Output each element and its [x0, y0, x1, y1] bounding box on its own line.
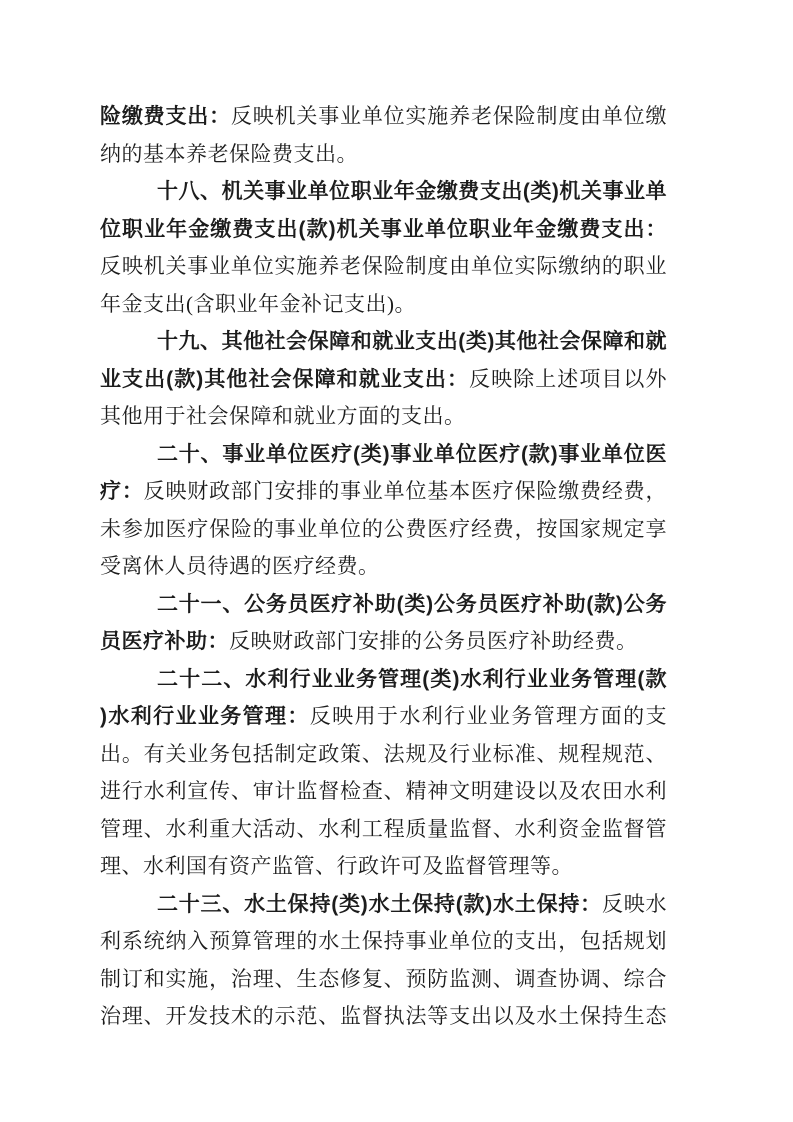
- text-line: 受离休人员待遇的医疗经费。: [100, 548, 667, 586]
- text-line: 十九、其他社会保障和就业支出(类)其他社会保障和就: [100, 323, 667, 361]
- text-line: 管理、水利重大活动、水利工程质量监督、水利资金监督管: [100, 811, 667, 849]
- heading-bold-text: 十九、其他社会保障和就业支出(类)其他社会保障和就: [157, 330, 667, 353]
- body-text: 未参加医疗保险的事业单位的公费医疗经费，按国家规定享: [100, 517, 667, 541]
- document-text: 险缴费支出：反映机关事业单位实施养老保险制度由单位缴 纳的基本养老保险费支出。 …: [100, 98, 667, 1036]
- body-text: 反映机关事业单位实施养老保险制度由单位实际缴纳的职业: [100, 254, 667, 278]
- text-line: 十八、机关事业单位职业年金缴费支出(类)机关事业单: [100, 173, 667, 211]
- heading-bold-text: 二十二、水利行业业务管理(类)水利行业业务管理(款: [157, 668, 667, 691]
- heading-bold-text: 险缴费支出：: [100, 105, 231, 128]
- heading-bold-text: 二十、事业单位医疗(类)事业单位医疗(款)事业单位医: [157, 443, 667, 466]
- heading-bold-text: 业支出(款)其他社会保障和就业支出：: [100, 368, 469, 391]
- text-line: 制订和实施，治理、生态修复、预防监测、调查协调、综合: [100, 961, 667, 999]
- body-text: 受离休人员待遇的医疗经费。: [100, 554, 380, 578]
- text-line: 治理、开发技术的示范、监督执法等支出以及水土保持生态: [100, 998, 667, 1036]
- text-line: 业支出(款)其他社会保障和就业支出：反映除上述项目以外: [100, 361, 667, 399]
- body-text: 反映除上述项目以外: [469, 367, 667, 391]
- body-text: 理、水利国有资产监管、行政许可及监督管理等。: [100, 854, 573, 878]
- text-line: 纳的基本养老保险费支出。: [100, 136, 667, 174]
- body-text: 其他用于社会保障和就业方面的支出。: [100, 404, 466, 428]
- text-line: 位职业年金缴费支出(款)机关事业单位职业年金缴费支出：: [100, 211, 667, 249]
- heading-bold-text: 二十三、水土保持(类)水土保持(款)水土保持：: [157, 893, 602, 916]
- text-line: 二十二、水利行业业务管理(类)水利行业业务管理(款: [100, 661, 667, 699]
- body-text: 年金支出(含职业年金补记支出)。: [100, 292, 416, 316]
- text-line: 理、水利国有资产监管、行政许可及监督管理等。: [100, 848, 667, 886]
- text-line: 员医疗补助：反映财政部门安排的公务员医疗补助经费。: [100, 623, 667, 661]
- text-line: 二十三、水土保持(类)水土保持(款)水土保持：反映水: [100, 886, 667, 924]
- heading-bold-text: 员医疗补助：: [100, 630, 229, 653]
- text-line: 二十一、公务员医疗补助(类)公务员医疗补助(款)公务: [100, 586, 667, 624]
- heading-bold-text: 位职业年金缴费支出(款)机关事业单位职业年金缴费支出：: [100, 218, 667, 241]
- body-text: 治理、开发技术的示范、监督执法等支出以及水土保持生态: [100, 1004, 667, 1028]
- text-line: 利系统纳入预算管理的水土保持事业单位的支出，包括规划: [100, 923, 667, 961]
- heading-bold-text: 二十一、公务员医疗补助(类)公务员医疗补助(款)公务: [157, 593, 667, 616]
- text-line: 其他用于社会保障和就业方面的支出。: [100, 398, 667, 436]
- text-line: 险缴费支出：反映机关事业单位实施养老保险制度由单位缴: [100, 98, 667, 136]
- body-text: 反映水: [602, 892, 667, 916]
- text-line: )水利行业业务管理：反映用于水利行业业务管理方面的支: [100, 698, 667, 736]
- body-text: 反映财政部门安排的事业单位基本医疗保险缴费经费，: [144, 479, 667, 503]
- text-line: 疗：反映财政部门安排的事业单位基本医疗保险缴费经费，: [100, 473, 667, 511]
- text-line: 进行水利宣传、审计监督检查、精神文明建设以及农田水利: [100, 773, 667, 811]
- body-text: 管理、水利重大活动、水利工程质量监督、水利资金监督管: [100, 817, 667, 841]
- body-text: 出。有关业务包括制定政策、法规及行业标准、规程规范、: [100, 742, 667, 766]
- heading-bold-text: 疗：: [100, 480, 144, 503]
- body-text: 反映财政部门安排的公务员医疗补助经费。: [229, 629, 638, 653]
- body-text: 制订和实施，治理、生态修复、预防监测、调查协调、综合: [100, 967, 667, 991]
- body-text: 进行水利宣传、审计监督检查、精神文明建设以及农田水利: [100, 779, 667, 803]
- body-text: 反映机关事业单位实施养老保险制度由单位缴: [231, 104, 667, 128]
- text-line: 出。有关业务包括制定政策、法规及行业标准、规程规范、: [100, 736, 667, 774]
- document-page: 险缴费支出：反映机关事业单位实施养老保险制度由单位缴 纳的基本养老保险费支出。 …: [0, 0, 793, 1122]
- heading-bold-text: 十八、机关事业单位职业年金缴费支出(类)机关事业单: [157, 180, 667, 203]
- heading-bold-text: )水利行业业务管理：: [100, 705, 310, 728]
- body-text: 反映用于水利行业业务管理方面的支: [310, 704, 667, 728]
- text-line: 年金支出(含职业年金补记支出)。: [100, 286, 667, 324]
- text-line: 反映机关事业单位实施养老保险制度由单位实际缴纳的职业: [100, 248, 667, 286]
- body-text: 利系统纳入预算管理的水土保持事业单位的支出，包括规划: [100, 929, 667, 953]
- text-line: 二十、事业单位医疗(类)事业单位医疗(款)事业单位医: [100, 436, 667, 474]
- text-line: 未参加医疗保险的事业单位的公费医疗经费，按国家规定享: [100, 511, 667, 549]
- body-text: 纳的基本养老保险费支出。: [100, 142, 358, 166]
